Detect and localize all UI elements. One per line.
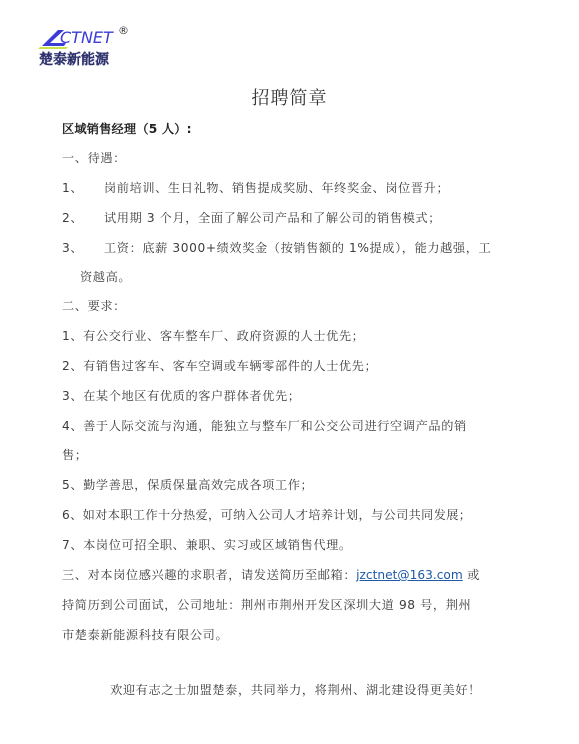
company-logo: CTNET ® 楚泰新能源 [38,22,138,70]
requirement-item-4-continuation: 售； [62,446,88,463]
application-instructions: 三、对本岗位感兴趣的求职者，请发送简历至邮箱： [62,568,356,582]
logo-chinese-name: 楚泰新能源 [39,49,109,69]
application-line-3: 市楚泰新能源科技有限公司。 [62,626,228,643]
application-or: 或 [463,568,480,582]
section-benefits-heading: 一、待遇： [62,149,126,166]
requirement-item-1: 1、有公交行业、客车整车厂、政府资源的人士优先； [62,327,364,344]
benefit-item-number: 1、 [62,179,104,196]
logo-swoosh-icon: CTNET ® [38,22,138,50]
section-requirements-heading: 二、要求： [62,297,126,314]
benefit-item-2: 2、试用期 3 个月，全面了解公司产品和了解公司的销售模式； [62,209,441,226]
requirement-item-4: 4、善于人际交流与沟通，能独立与整车厂和公交公司进行空调产品的销 [62,417,467,434]
requirement-item-6: 6、如对本职工作十分热爱，可纳入公司人才培养计划，与公司共同发展； [62,506,471,523]
requirement-item-2: 2、有销售过客车、客车空调或车辆零部件的人士优先； [62,357,377,374]
benefit-item-number: 3、 [62,239,104,256]
benefit-item-text: 试用期 3 个月，全面了解公司产品和了解公司的销售模式； [104,211,441,225]
application-line-1: 三、对本岗位感兴趣的求职者，请发送简历至邮箱：jzctnet@163.com 或 [62,566,480,583]
ctnet-logo-mark: CTNET ® [38,22,138,50]
benefit-item-3-continuation: 资越高。 [80,268,131,285]
svg-text:®: ® [118,24,129,37]
benefit-item-text: 工资：底薪 3000+绩效奖金（按销售额的 1%提成），能力越强，工 [104,241,491,255]
position-heading: 区域销售经理（5 人）: [62,120,192,137]
requirement-item-3: 3、在某个地区有优质的客户群体者优先； [62,387,301,404]
requirement-item-5: 5、勤学善思，保质保量高效完成各项工作； [62,476,313,493]
email-link[interactable]: jzctnet@163.com [356,568,463,582]
benefit-item-1: 1、岗前培训、生日礼物、销售提成奖励、年终奖金、岗位晋升； [62,179,449,196]
benefit-item-3: 3、工资：底薪 3000+绩效奖金（按销售额的 1%提成），能力越强，工 [62,239,491,256]
application-line-2: 持简历到公司面试，公司地址：荆州市荆州开发区深圳大道 98 号，荆州 [62,596,471,613]
benefit-item-number: 2、 [62,209,104,226]
svg-text:CTNET: CTNET [60,28,114,47]
closing-slogan: 欢迎有志之士加盟楚泰，共同举力，将荆州、湖北建设得更美好！ [0,681,579,698]
requirement-item-7: 7、本岗位可招全职、兼职、实习或区域销售代理。 [62,536,352,553]
benefit-item-text: 岗前培训、生日礼物、销售提成奖励、年终奖金、岗位晋升； [104,181,449,195]
page-title: 招聘简章 [0,84,579,110]
